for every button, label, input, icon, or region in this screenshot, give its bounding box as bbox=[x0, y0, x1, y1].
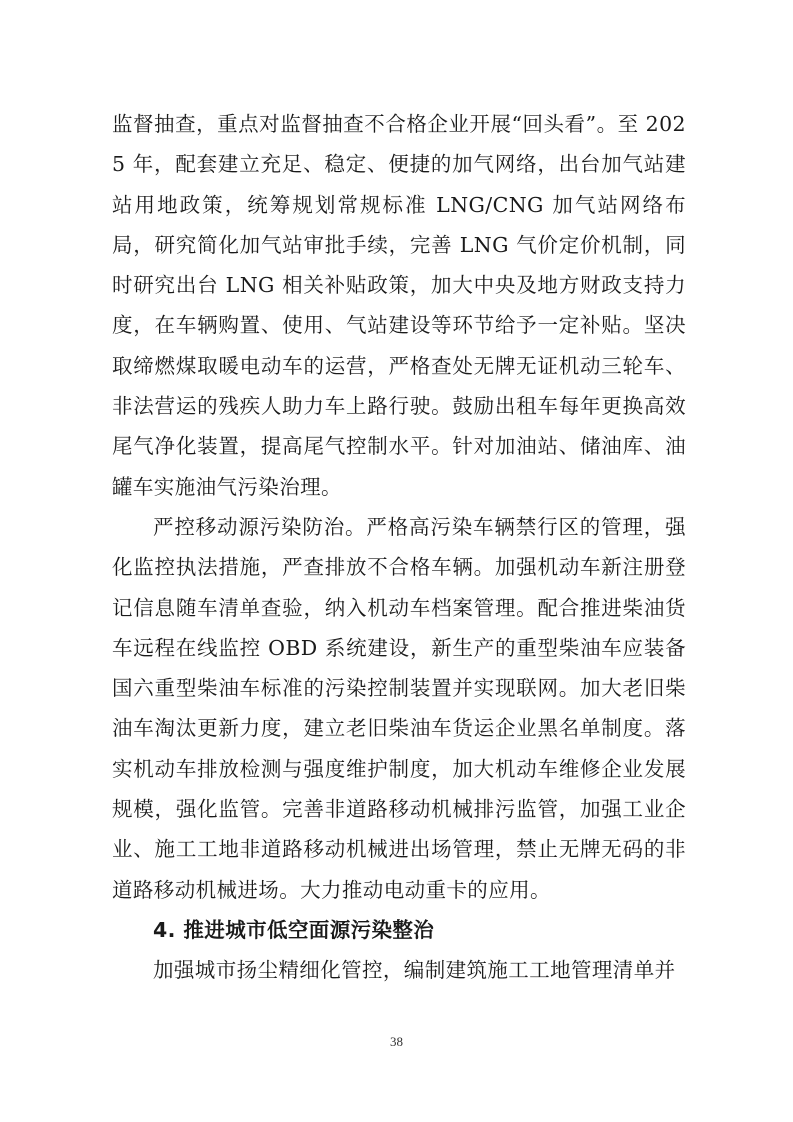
section-heading-low-altitude-pollution: 4. 推进城市低空面源污染整治 bbox=[112, 910, 686, 950]
page-number: 38 bbox=[0, 1034, 793, 1050]
paragraph-dust-control: 加强城市扬尘精细化管控，编制建筑施工工地管理清单并 bbox=[112, 950, 686, 990]
paragraph-mobile-source-control: 严控移动源污染防治。严格高污染车辆禁行区的管理，强化监控执法措施，严查排放不合格… bbox=[112, 507, 686, 910]
page-content: 监督抽查，重点对监督抽查不合格企业开展“回头看”。至 2025 年，配套建立充足… bbox=[112, 104, 686, 991]
document-page: 监督抽查，重点对监督抽查不合格企业开展“回头看”。至 2025 年，配套建立充足… bbox=[0, 0, 793, 1122]
paragraph-gas-network: 监督抽查，重点对监督抽查不合格企业开展“回头看”。至 2025 年，配套建立充足… bbox=[112, 104, 686, 507]
